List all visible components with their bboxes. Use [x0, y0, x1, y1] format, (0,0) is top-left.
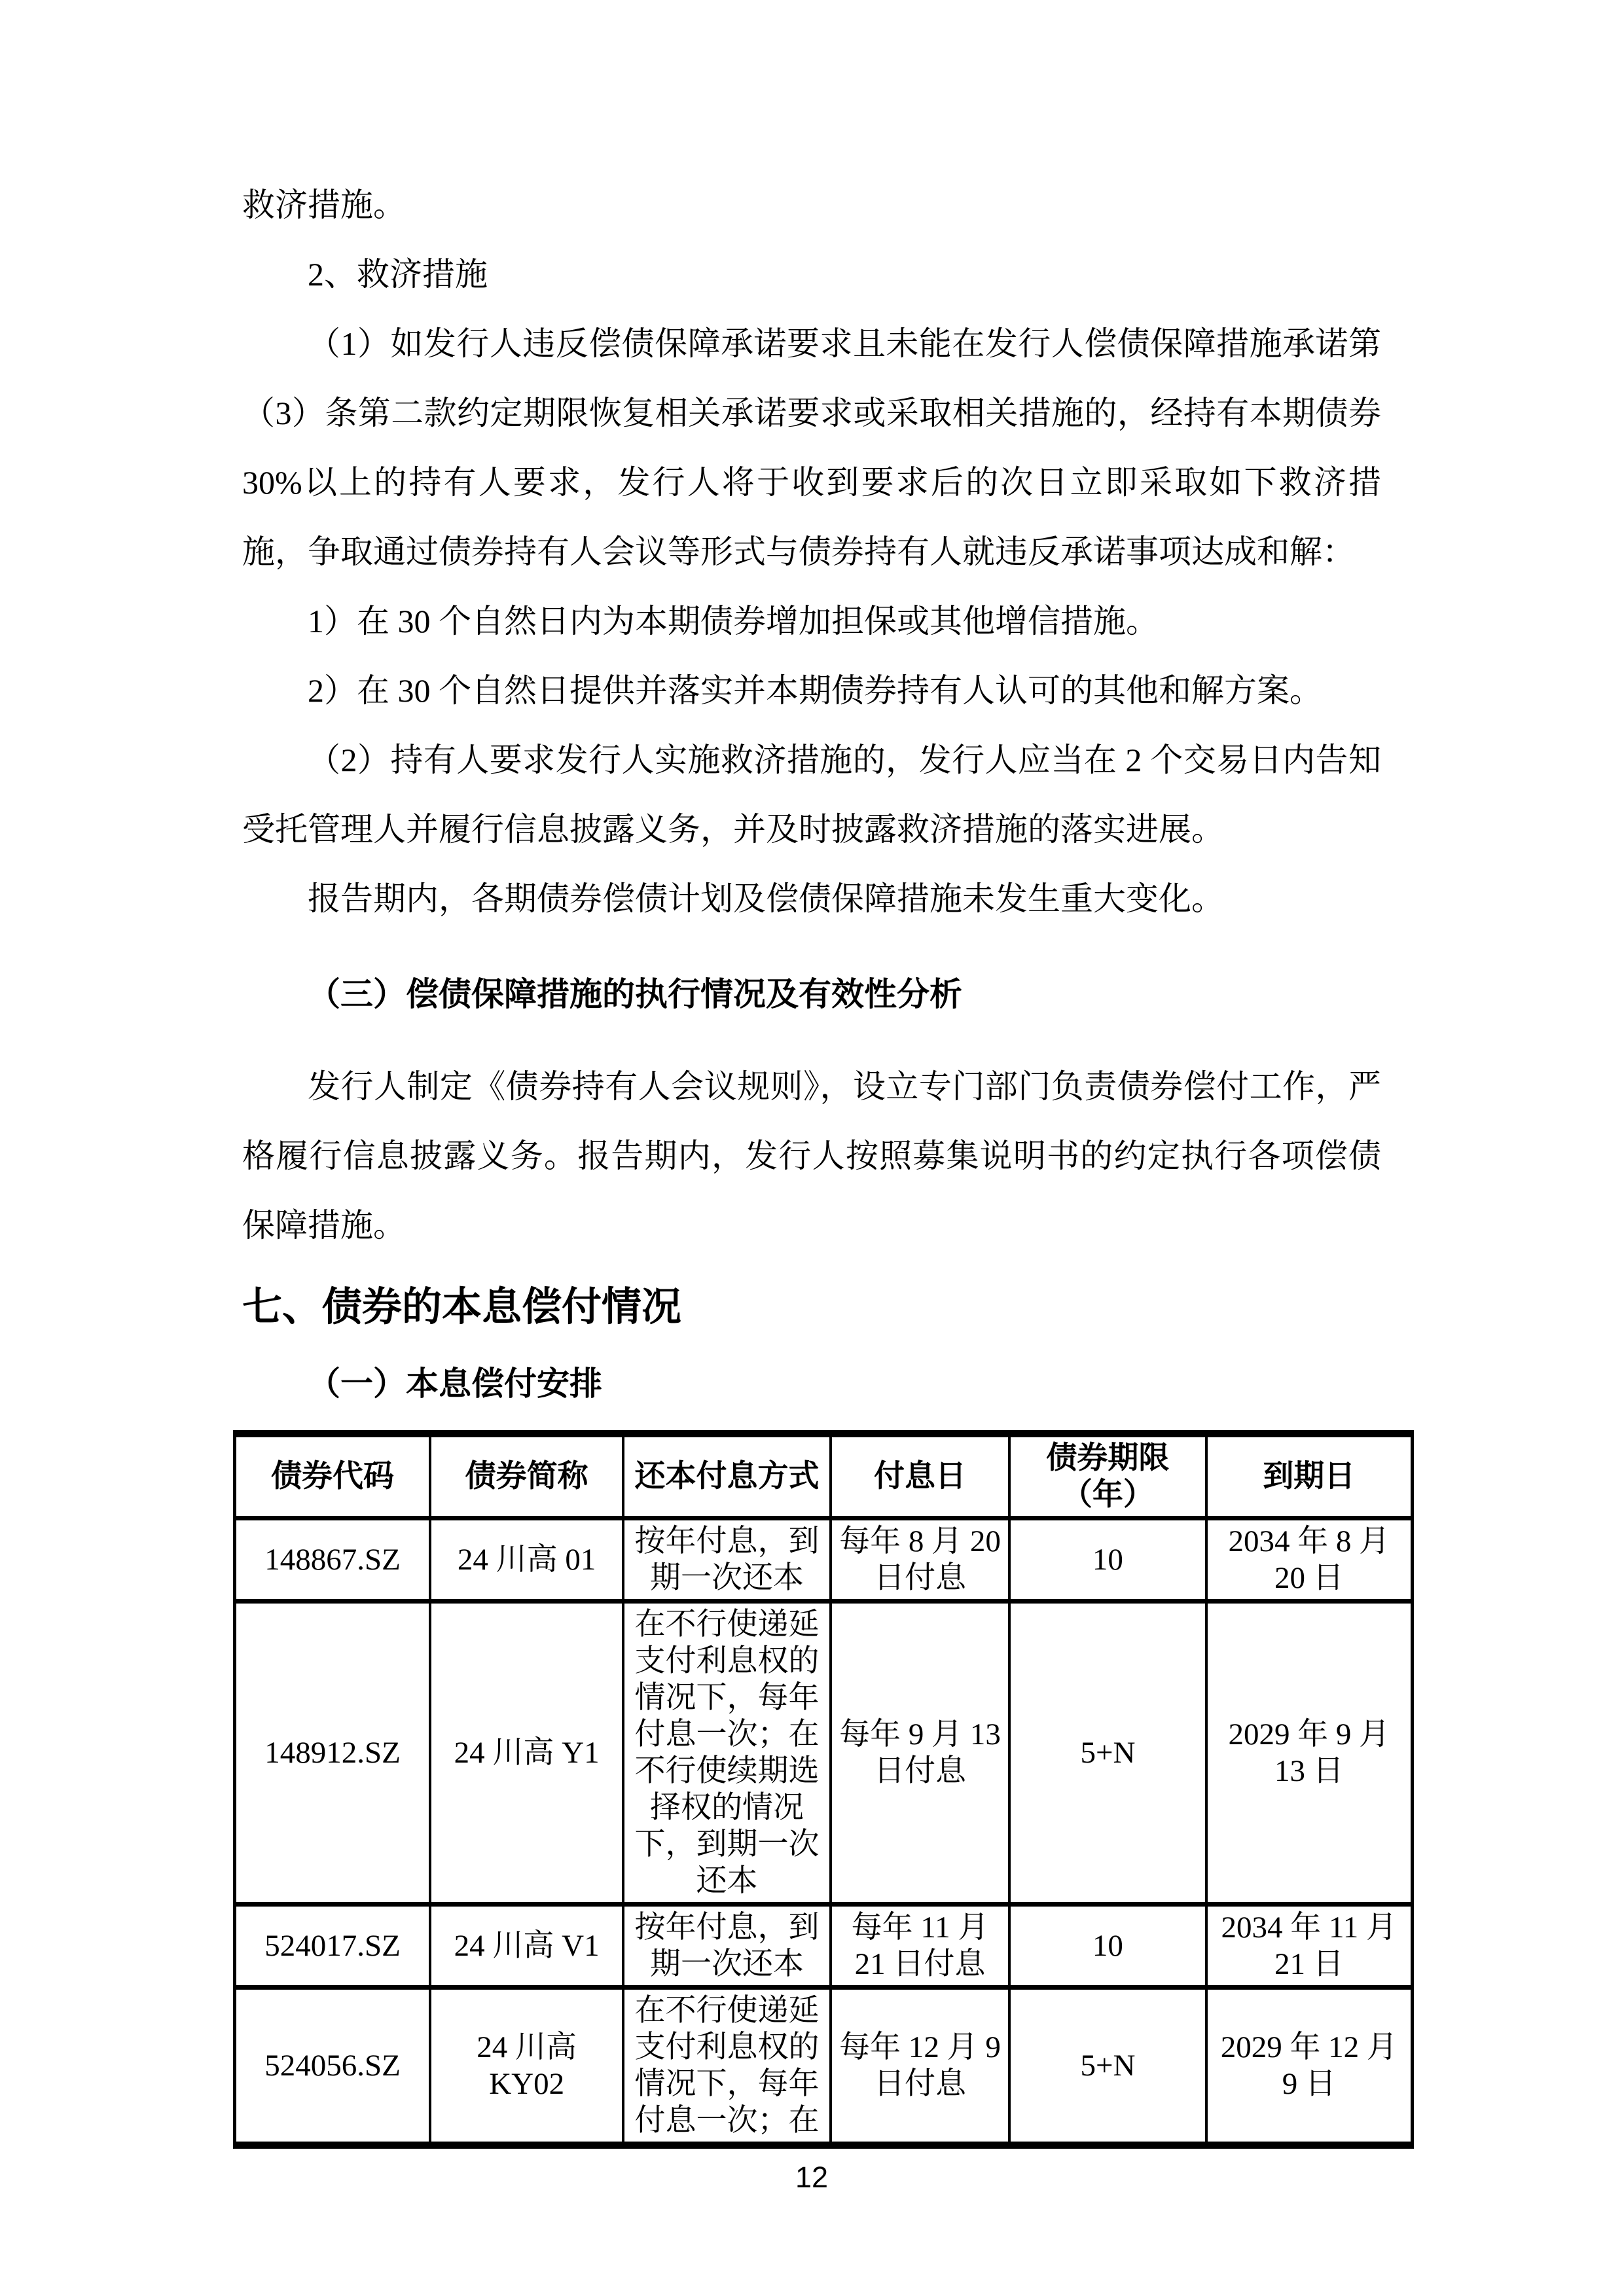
- table-row: 148867.SZ 24 川高 01 按年付息，到期一次还本 每年 8 月 20…: [235, 1518, 1413, 1602]
- page-number: 12: [242, 2161, 1381, 2195]
- table-row: 148912.SZ 24 川高 Y1 在不行使递延支付利息权的情况下，每年付息一…: [235, 1602, 1413, 1905]
- body-paragraph: （1）如发行人违反偿债保障承诺要求且未能在发行人偿债保障措施承诺第（3）条第二款…: [242, 309, 1381, 586]
- cell-bond-abbr: 24 川高 V1: [430, 1905, 623, 1988]
- cell-bond-code: 524056.SZ: [235, 1988, 431, 2145]
- cell-repayment-method: 按年付息，到期一次还本: [623, 1905, 831, 1988]
- table-header-bond-term: 债券期限 （年）: [1009, 1434, 1206, 1518]
- body-paragraph: 2、救济措施: [242, 240, 1381, 309]
- cell-bond-term: 10: [1009, 1905, 1206, 1988]
- body-paragraph: 报告期内，各期债券偿债计划及偿债保障措施未发生重大变化。: [242, 864, 1381, 933]
- table-row: 524017.SZ 24 川高 V1 按年付息，到期一次还本 每年 11 月 2…: [235, 1905, 1413, 1988]
- cell-repayment-method: 按年付息，到期一次还本: [623, 1518, 831, 1602]
- cell-bond-term: 5+N: [1009, 1988, 1206, 2145]
- cell-bond-code: 148867.SZ: [235, 1518, 431, 1602]
- cell-bond-code: 524017.SZ: [235, 1905, 431, 1988]
- cell-interest-date: 每年 11 月 21 日付息: [831, 1905, 1009, 1988]
- cell-maturity-date: 2034 年 11 月 21 日: [1206, 1905, 1413, 1988]
- table-header-row: 债券代码 债券简称 还本付息方式 付息日 债券期限 （年） 到期日: [235, 1434, 1413, 1518]
- cell-interest-date: 每年 9 月 13 日付息: [831, 1602, 1009, 1905]
- body-paragraph: 救济措施。: [242, 170, 1381, 240]
- cell-bond-abbr: 24 川高 01: [430, 1518, 623, 1602]
- cell-bond-code: 148912.SZ: [235, 1602, 431, 1905]
- cell-interest-date: 每年 12 月 9 日付息: [831, 1988, 1009, 2145]
- cell-maturity-date: 2034 年 8 月 20 日: [1206, 1518, 1413, 1602]
- table-row: 524056.SZ 24 川高 KY02 在不行使递延支付利息权的情况下，每年付…: [235, 1988, 1413, 2145]
- cell-maturity-date: 2029 年 12 月 9 日: [1206, 1988, 1413, 2145]
- document-page: 救济措施。 2、救济措施 （1）如发行人违反偿债保障承诺要求且未能在发行人偿债保…: [0, 0, 1624, 2296]
- table-header-interest-date: 付息日: [831, 1434, 1009, 1518]
- cell-repayment-method: 在不行使递延支付利息权的情况下，每年付息一次；在: [623, 1988, 831, 2145]
- cell-bond-abbr: 24 川高 KY02: [430, 1988, 623, 2145]
- table-header-maturity-date: 到期日: [1206, 1434, 1413, 1518]
- cell-repayment-method: 在不行使递延支付利息权的情况下，每年付息一次；在不行使续期选择权的情况下，到期一…: [623, 1602, 831, 1905]
- subsection-heading-payment-arrangement: （一）本息偿付安排: [242, 1349, 1381, 1418]
- table-header-bond-code: 债券代码: [235, 1434, 431, 1518]
- section-heading-guarantee-analysis: （三）偿债保障措施的执行情况及有效性分析: [242, 960, 1381, 1029]
- body-paragraph: 1）在 30 个自然日内为本期债券增加担保或其他增信措施。: [242, 586, 1381, 656]
- cell-bond-term: 10: [1009, 1518, 1206, 1602]
- table-header-bond-abbr: 债券简称: [430, 1434, 623, 1518]
- table-header-repayment-method: 还本付息方式: [623, 1434, 831, 1518]
- chapter-heading-principal-interest: 七、债券的本息偿付情况: [242, 1278, 1381, 1337]
- cell-bond-abbr: 24 川高 Y1: [430, 1602, 623, 1905]
- cell-interest-date: 每年 8 月 20 日付息: [831, 1518, 1009, 1602]
- cell-maturity-date: 2029 年 9 月 13 日: [1206, 1602, 1413, 1905]
- body-paragraph: （2）持有人要求发行人实施救济措施的，发行人应当在 2 个交易日内告知受托管理人…: [242, 725, 1381, 864]
- body-paragraph: 发行人制定《债券持有人会议规则》，设立专门部门负责债券偿付工作，严格履行信息披露…: [242, 1052, 1381, 1260]
- body-paragraph: 2）在 30 个自然日提供并落实并本期债券持有人认可的其他和解方案。: [242, 656, 1381, 725]
- bond-payment-table: 债券代码 债券简称 还本付息方式 付息日 债券期限 （年） 到期日 148867…: [233, 1430, 1414, 2149]
- cell-bond-term: 5+N: [1009, 1602, 1206, 1905]
